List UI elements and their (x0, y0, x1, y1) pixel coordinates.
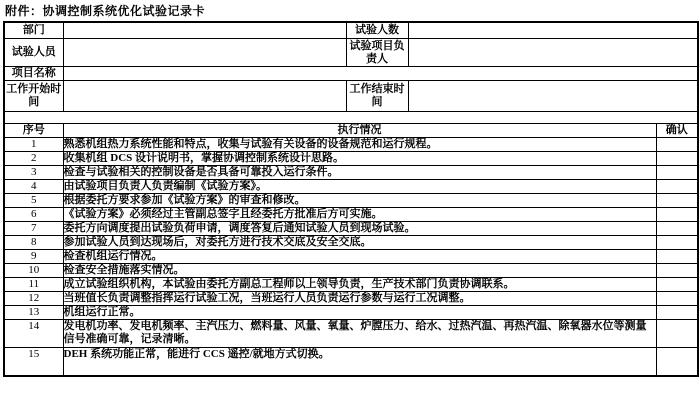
row-text: 由试验项目负责人负责编制《试验方案》。 (63, 180, 656, 194)
confirm-cell (656, 348, 698, 377)
row-number: 8 (4, 236, 63, 250)
row-text: DEH 系统功能正常，能进行 CCS 遥控/就地方式切换。 (63, 348, 656, 377)
row-number: 5 (4, 194, 63, 208)
table-row: 1 熟悉机组热力系统性能和特点，收集与试验有关设备的设备规范和运行规程。 (4, 138, 698, 152)
col-header-confirm: 确认 (656, 124, 698, 138)
table-row: 10 检查安全措施落实情况。 (4, 264, 698, 278)
row-number: 12 (4, 292, 63, 306)
confirm-cell (656, 138, 698, 152)
project-name-row: 项目名称 (4, 67, 698, 81)
confirm-cell (656, 208, 698, 222)
confirm-cell (656, 152, 698, 166)
dept-row: 部门 试验人数 (4, 22, 698, 39)
row-text: 《试验方案》必须经过主管副总签字且经委托方批准后方可实施。 (63, 208, 656, 222)
row-number: 15 (4, 348, 63, 377)
table-row: 12 当班值长负责调整指挥运行试验工况，当班运行人员负责运行参数与运行工况调整。 (4, 292, 698, 306)
table-row: 14 发电机功率、发电机频率、主汽压力、燃料量、风量、氧量、炉膛压力、给水、过热… (4, 320, 698, 348)
table-row: 5 根据委托方要求参加《试验方案》的审查和修改。 (4, 194, 698, 208)
testers-row: 试验人员 试验项目负责人 (4, 39, 698, 67)
confirm-cell (656, 320, 698, 348)
row-text: 机组运行正常。 (63, 306, 656, 320)
dept-label: 部门 (4, 22, 63, 39)
confirm-cell (656, 264, 698, 278)
table-row: 8 参加试验人员到达现场后，对委托方进行技术交底及安全交底。 (4, 236, 698, 250)
end-time-label: 工作结束时间 (346, 81, 408, 112)
tester-count-value-cell (408, 22, 698, 39)
header-row: 序号 执行情况 确认 (4, 124, 698, 138)
confirm-cell (656, 306, 698, 320)
row-text: 检查安全措施落实情况。 (63, 264, 656, 278)
confirm-cell (656, 194, 698, 208)
row-number: 7 (4, 222, 63, 236)
col-header-execution: 执行情况 (63, 124, 656, 138)
row-number: 13 (4, 306, 63, 320)
row-number: 1 (4, 138, 63, 152)
table-row: 11 成立试验组织机构，本试验由委托方副总工程师以上领导负责，生产技术部门负责协… (4, 278, 698, 292)
row-number: 14 (4, 320, 63, 348)
project-name-value-cell (63, 67, 698, 81)
table-row: 15 DEH 系统功能正常，能进行 CCS 遥控/就地方式切换。 (4, 348, 698, 377)
table-row: 3 检查与试验相关的控制设备是否具备可靠投入运行条件。 (4, 166, 698, 180)
end-time-value-cell (408, 81, 698, 112)
row-text: 检查机组运行情况。 (63, 250, 656, 264)
row-number: 4 (4, 180, 63, 194)
row-text: 成立试验组织机构，本试验由委托方副总工程师以上领导负责，生产技术部门负责协调联系… (63, 278, 656, 292)
row-number: 3 (4, 166, 63, 180)
table-row: 7 委托方向调度提出试验负荷申请，调度答复后通知试验人员到现场试验。 (4, 222, 698, 236)
tester-count-label: 试验人数 (346, 22, 408, 39)
confirm-cell (656, 180, 698, 194)
confirm-cell (656, 278, 698, 292)
confirm-cell (656, 250, 698, 264)
leader-value-cell (408, 39, 698, 67)
confirm-cell (656, 222, 698, 236)
table-row: 9 检查机组运行情况。 (4, 250, 698, 264)
row-text: 收集机组 DCS 设计说明书，掌握协调控制系统设计思路。 (63, 152, 656, 166)
testers-label: 试验人员 (4, 39, 63, 67)
row-number: 2 (4, 152, 63, 166)
table-row: 4 由试验项目负责人负责编制《试验方案》。 (4, 180, 698, 194)
testers-value-cell (63, 39, 346, 67)
row-number: 10 (4, 264, 63, 278)
confirm-cell (656, 236, 698, 250)
row-number: 6 (4, 208, 63, 222)
row-text: 当班值长负责调整指挥运行试验工况，当班运行人员负责运行参数与运行工况调整。 (63, 292, 656, 306)
document-page: 附件：协调控制系统优化试验记录卡 部门 试验人数 试验人员 试验项目负责人 项目… (0, 0, 700, 420)
confirm-cell (656, 166, 698, 180)
table-row: 2 收集机组 DCS 设计说明书，掌握协调控制系统设计思路。 (4, 152, 698, 166)
dept-value-cell (63, 22, 346, 39)
row-number: 9 (4, 250, 63, 264)
row-text: 委托方向调度提出试验负荷申请，调度答复后通知试验人员到现场试验。 (63, 222, 656, 236)
table-row: 13 机组运行正常。 (4, 306, 698, 320)
spacer-cell (4, 112, 698, 124)
record-card-table: 部门 试验人数 试验人员 试验项目负责人 项目名称 工作开始时间 工作结束时间 … (3, 21, 699, 377)
project-name-label: 项目名称 (4, 67, 63, 81)
row-text: 参加试验人员到达现场后，对委托方进行技术交底及安全交底。 (63, 236, 656, 250)
row-text: 发电机功率、发电机频率、主汽压力、燃料量、风量、氧量、炉膛压力、给水、过热汽温、… (63, 320, 656, 348)
work-time-row: 工作开始时间 工作结束时间 (4, 81, 698, 112)
table-row: 6 《试验方案》必须经过主管副总签字且经委托方批准后方可实施。 (4, 208, 698, 222)
row-text: 熟悉机组热力系统性能和特点，收集与试验有关设备的设备规范和运行规程。 (63, 138, 656, 152)
start-time-value-cell (63, 81, 346, 112)
start-time-label: 工作开始时间 (4, 81, 63, 112)
leader-label: 试验项目负责人 (346, 39, 408, 67)
row-text: 根据委托方要求参加《试验方案》的审查和修改。 (63, 194, 656, 208)
spacer-row (4, 112, 698, 124)
document-title: 附件：协调控制系统优化试验记录卡 (0, 0, 700, 21)
col-header-no: 序号 (4, 124, 63, 138)
row-number: 11 (4, 278, 63, 292)
row-text: 检查与试验相关的控制设备是否具备可靠投入运行条件。 (63, 166, 656, 180)
confirm-cell (656, 292, 698, 306)
